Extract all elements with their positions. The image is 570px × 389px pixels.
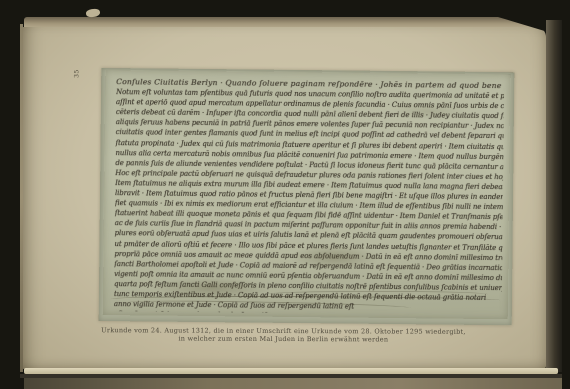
book-fore-edge [546, 20, 562, 372]
book-photograph: 35 Conſules Ciuitatis Berlyn · Quando ſo… [0, 0, 570, 389]
page-content: 35 Conſules Ciuitatis Berlyn · Quando ſo… [21, 26, 546, 370]
book-page: 35 Conſules Ciuitatis Berlyn · Quando ſo… [22, 27, 546, 369]
bottom-page-block [24, 378, 562, 389]
parchment: Conſules Ciuitatis Berlyn · Quando ſolue… [103, 70, 511, 319]
parchment-crease [265, 291, 488, 298]
page-left-edge [20, 24, 23, 372]
manuscript-facsimile-plate: Conſules Ciuitatis Berlyn · Quando ſolue… [99, 68, 515, 325]
caption-line-2: in welcher zum ersten Mal Juden in Berli… [21, 334, 545, 344]
page-number: 35 [73, 69, 80, 78]
manuscript-line: eſt quā · p et ſuis meagrime ad ualorē o… [114, 309, 285, 315]
manuscript-lines: Conſules Ciuitatis Berlyn · Quando ſolue… [114, 77, 504, 315]
figure-caption: Urkunde vom 24. August 1312, die in eine… [21, 327, 545, 344]
